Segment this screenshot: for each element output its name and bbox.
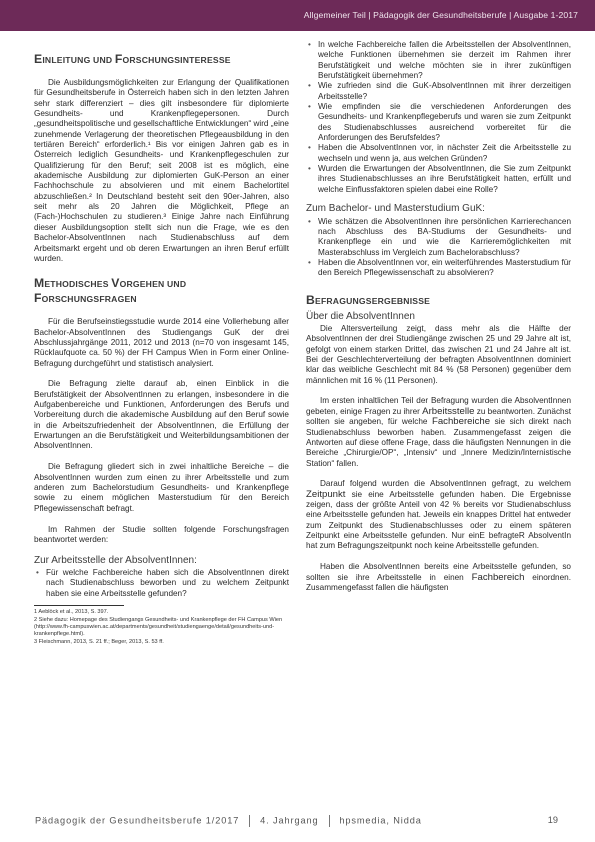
heading-smallcaps: INLEITUNG UND bbox=[42, 55, 115, 65]
text-run: sie eine Arbeitsstelle gefunden haben. D… bbox=[306, 490, 571, 551]
heading-cap: B bbox=[306, 293, 315, 307]
heading-smallcaps: ORSCHUNGSFRAGEN bbox=[42, 294, 137, 304]
left-column: EINLEITUNG UND FORSCHUNGSINTERESSE Die A… bbox=[24, 40, 289, 648]
emphasis-term: Fachbereiche bbox=[432, 416, 490, 427]
right-column: In welche Fachbereiche fallen die Arbeit… bbox=[306, 40, 571, 604]
heading-smallcaps: EFRAGUNGSERGEBNISSE bbox=[315, 296, 430, 306]
paragraph-fachbereiche: Im ersten inhaltlichen Teil der Befragun… bbox=[306, 396, 571, 468]
heading-smallcaps: ETHODISCHES bbox=[44, 279, 111, 289]
footer-publisher: hpsmedia, Nidda bbox=[339, 815, 421, 825]
heading-cap: F bbox=[115, 52, 123, 66]
subheading-studium: Zum Bachelor- und Masterstudium GuK: bbox=[306, 204, 571, 214]
subheading-arbeitsstelle: Zur Arbeitsstelle der AbsolventInnen: bbox=[34, 556, 289, 566]
footer-separator bbox=[249, 815, 250, 827]
research-question: Für welche Fachbereiche haben sich die A… bbox=[34, 568, 289, 599]
running-header-title: Allgemeiner Teil | Pädagogik der Gesundh… bbox=[304, 10, 578, 20]
running-header-bar: Allgemeiner Teil | Pädagogik der Gesundh… bbox=[0, 0, 595, 31]
footer-journal: Pädagogik der Gesundheitsberufe 1/2017 bbox=[35, 815, 239, 825]
paragraph-zeitpunkt: Darauf folgend wurden die AbsolventInnen… bbox=[306, 479, 571, 551]
paragraph-intro: Die Ausbildungsmöglichkeiten zur Erlangu… bbox=[34, 78, 289, 264]
emphasis-term: Zeitpunkt bbox=[306, 489, 345, 500]
heading-cap: F bbox=[34, 291, 42, 305]
paragraph-research-questions-intro: Im Rahmen der Studie sollten folgende Fo… bbox=[34, 525, 289, 546]
heading-cap: M bbox=[34, 276, 44, 290]
research-question-list: Wie schätzen die AbsolventInnen ihre per… bbox=[306, 217, 571, 279]
research-question: Wie schätzen die AbsolventInnen ihre per… bbox=[306, 217, 571, 258]
emphasis-term: Fachbereich bbox=[472, 572, 525, 583]
paragraph-fachbereich-einordnung: Haben die AbsolventInnen bereits eine Ar… bbox=[306, 562, 571, 593]
research-question: In welche Fachbereiche fallen die Arbeit… bbox=[306, 40, 571, 81]
research-question: Haben die AbsolventInnen vor, ein weiter… bbox=[306, 258, 571, 279]
section-heading-methodisches-vorgehen: METHODISCHES VORGEHEN UND FORSCHUNGSFRAG… bbox=[34, 276, 289, 306]
research-question: Haben die AbsolventInnen vor, in nächste… bbox=[306, 143, 571, 164]
research-question: Wie zufrieden sind die GuK-AbsolventInne… bbox=[306, 81, 571, 102]
footnote-1: 1 Aeblöck et al., 2013, S. 397. bbox=[34, 609, 289, 616]
research-question: Wurden die Erwartungen der AbsolventInne… bbox=[306, 164, 571, 195]
page-footer: Pädagogik der Gesundheitsberufe 1/20174.… bbox=[35, 815, 575, 827]
emphasis-term: Arbeitsstelle bbox=[422, 406, 474, 417]
footer-separator bbox=[329, 815, 330, 827]
paragraph-structure: Die Befragung gliedert sich in zwei inha… bbox=[34, 462, 289, 514]
heading-smallcaps: ORGEHEN UND bbox=[120, 279, 187, 289]
heading-smallcaps: ORSCHUNGSINTERESSE bbox=[123, 55, 231, 65]
footnote-2: 2 Siehe dazu: Homepage des Studiengangs … bbox=[34, 617, 289, 637]
paragraph-aim: Die Befragung zielte darauf ab, einen Ei… bbox=[34, 379, 289, 451]
research-question: Wie empfinden sie die verschiedenen Anfo… bbox=[306, 102, 571, 143]
text-run: Darauf folgend wurden die AbsolventInnen… bbox=[320, 479, 571, 488]
paragraph-demographics: Die Altersverteilung zeigt, dass mehr al… bbox=[306, 324, 571, 386]
footnote-3: 3 Fleischmann, 2013, S. 21 ff.; Beger, 2… bbox=[34, 639, 289, 646]
page-number: 19 bbox=[548, 815, 558, 825]
footnotes: 1 Aeblöck et al., 2013, S. 397. 2 Siehe … bbox=[34, 609, 289, 646]
section-heading-einleitung: EINLEITUNG UND FORSCHUNGSINTERESSE bbox=[34, 52, 289, 67]
research-question-list: Für welche Fachbereiche haben sich die A… bbox=[34, 568, 289, 599]
subheading-absolventinnen: Über die AbsolventInnen bbox=[306, 312, 571, 322]
footnote-divider bbox=[34, 605, 124, 606]
research-question-list: In welche Fachbereiche fallen die Arbeit… bbox=[306, 40, 571, 195]
section-heading-befragungsergebnisse: BEFRAGUNGSERGEBNISSE bbox=[306, 293, 571, 308]
paragraph-method: Für die Berufseinstiegsstudie wurde 2014… bbox=[34, 317, 289, 369]
heading-cap: V bbox=[111, 276, 119, 290]
footer-volume: 4. Jahrgang bbox=[260, 815, 318, 825]
